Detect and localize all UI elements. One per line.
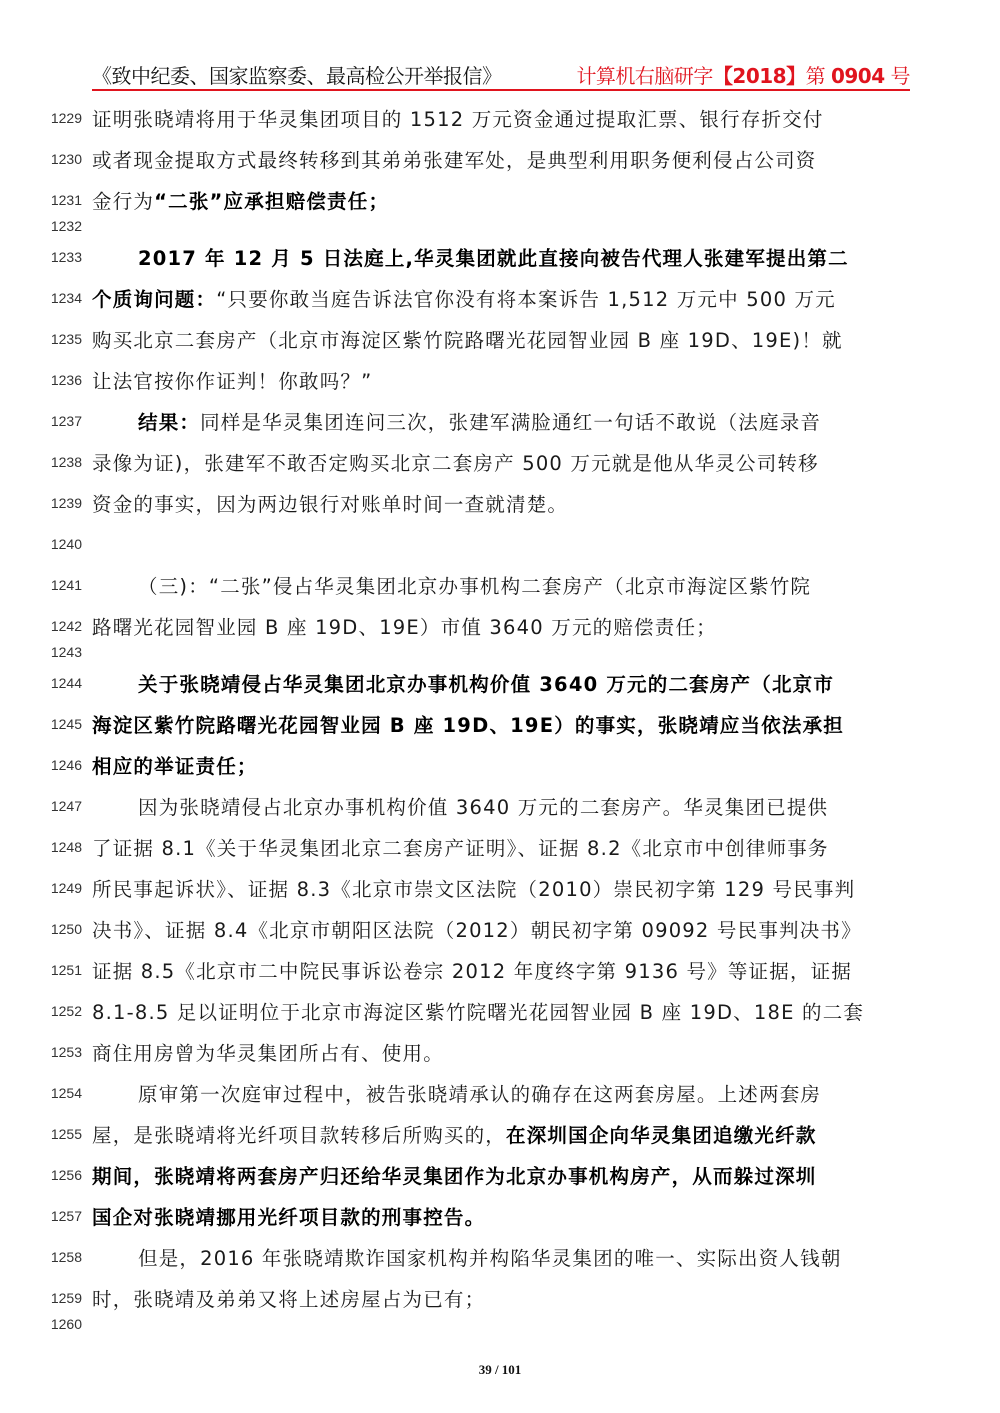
line-text: 商住用房曾为华灵集团所占有、使用。	[92, 1038, 912, 1066]
line-number: 1234	[30, 290, 82, 306]
line-number: 1242	[30, 618, 82, 634]
document-reference: 计算机右脑研字【2018】第 0904 号	[576, 60, 910, 89]
document-line: 1247因为张晓靖侵占北京办事机构价值 3640 万元的二套房产。华灵集团已提供	[0, 792, 1000, 822]
text: 商住用房曾为华灵集团所占有、使用。	[92, 1042, 444, 1065]
line-number: 1231	[30, 192, 82, 208]
line-text: 让法官按你作证判！你敢吗？”	[92, 366, 912, 394]
header-divider	[92, 89, 910, 91]
text: 原审第一次庭审过程中，被告张晓靖承认的确存在这两套房屋。上述两套房	[138, 1083, 821, 1106]
line-number: 1232	[30, 218, 82, 234]
bold-text: 关于张晓靖侵占华灵集团北京办事机构价值 3640 万元的二套房产（北京市	[138, 673, 834, 696]
document-line: 1230或者现金提取方式最终转移到其弟弟张建军处，是典型利用职务便利侵占公司资	[0, 145, 1000, 175]
document-line: 1235购买北京二套房产（北京市海淀区紫竹院路曙光花园智业园 B 座 19D、1…	[0, 325, 1000, 355]
line-number: 1241	[30, 577, 82, 593]
line-number: 1240	[30, 536, 82, 552]
bold-text: 结果：	[138, 411, 200, 434]
line-number: 1255	[30, 1126, 82, 1142]
line-number: 1257	[30, 1208, 82, 1224]
line-text: 国企对张晓靖挪用光纤项目款的刑事控告。	[92, 1202, 912, 1230]
line-text: 屋，是张晓靖将光纤项目款转移后所购买的，在深圳国企向华灵集团追缴光纤款	[92, 1120, 912, 1148]
line-number: 1253	[30, 1044, 82, 1060]
line-number: 1236	[30, 372, 82, 388]
bold-text: 2017 年 12 月 5 日法庭上,华灵集团就此直接向被告代理人张建军提出第二	[138, 247, 849, 270]
line-number: 1258	[30, 1249, 82, 1265]
text: 了证据 8.1《关于华灵集团北京二套房产证明》、证据 8.2《北京市中创律师事务	[92, 837, 829, 860]
text: “只要你敢当庭告诉法官你没有将本案诉告 1,512 万元中 500 万元	[216, 288, 836, 311]
line-text: 结果：同样是华灵集团连问三次，张建军满脸通红一句话不敢说（法庭录音	[138, 407, 912, 435]
document-line: 1243	[0, 638, 1000, 668]
document-line: 1245海淀区紫竹院路曙光花园智业园 B 座 19D、19E）的事实，张晓靖应当…	[0, 710, 1000, 740]
line-text: 或者现金提取方式最终转移到其弟弟张建军处，是典型利用职务便利侵占公司资	[92, 145, 912, 173]
line-text: 时，张晓靖及弟弟又将上述房屋占为已有；	[92, 1284, 912, 1312]
line-text: 金行为“二张”应承担赔偿责任；	[92, 186, 912, 214]
line-text: 证明张晓靖将用于华灵集团项目的 1512 万元资金通过提取汇票、银行存折交付	[92, 104, 912, 132]
document-title: 《致中纪委、国家监察委、最高检公开举报信》	[92, 60, 502, 89]
document-line: 1256期间，张晓靖将两套房产归还给华灵集团作为北京办事机构房产，从而躲过深圳	[0, 1161, 1000, 1191]
line-text: 录像为证)，张建军不敢否定购买北京二套房产 500 万元就是他从华灵公司转移	[92, 448, 912, 476]
line-text: 路曙光花园智业园 B 座 19D、19E）市值 3640 万元的赔偿责任；	[92, 612, 912, 640]
line-text: 购买北京二套房产（北京市海淀区紫竹院路曙光花园智业园 B 座 19D、19E)！…	[92, 325, 912, 353]
line-number: 1237	[30, 413, 82, 429]
bold-text: 海淀区紫竹院路曙光花园智业园 B 座 19D、19E）的事实，张晓靖应当依法承担	[92, 714, 844, 737]
line-text: 期间，张晓靖将两套房产归还给华灵集团作为北京办事机构房产，从而躲过深圳	[92, 1161, 912, 1189]
text: 同样是华灵集团连问三次，张建军满脸通红一句话不敢说（法庭录音	[200, 411, 821, 434]
page-number: 39 / 101	[0, 1362, 1000, 1378]
text: 金行为	[92, 190, 154, 213]
line-number: 1238	[30, 454, 82, 470]
line-text: 个质询问题：“只要你敢当庭告诉法官你没有将本案诉告 1,512 万元中 500 …	[92, 284, 912, 312]
line-number: 1246	[30, 757, 82, 773]
line-text: 因为张晓靖侵占北京办事机构价值 3640 万元的二套房产。华灵集团已提供	[138, 792, 912, 820]
bold-text: 个质询问题：	[92, 288, 216, 311]
line-text: 原审第一次庭审过程中，被告张晓靖承认的确存在这两套房屋。上述两套房	[138, 1079, 912, 1107]
document-line: 1254原审第一次庭审过程中，被告张晓靖承认的确存在这两套房屋。上述两套房	[0, 1079, 1000, 1109]
text: 8.1-8.5 足以证明位于北京市海淀区紫竹院曙光花园智业园 B 座 19D、1…	[92, 1001, 864, 1024]
line-number: 1249	[30, 880, 82, 896]
line-number: 1230	[30, 151, 82, 167]
text: 所民事起诉状》、证据 8.3《北京市崇文区法院（2010）崇民初字第 129 号…	[92, 878, 855, 901]
text: 但是，2016 年张晓靖欺诈国家机构并构陷华灵集团的唯一、实际出资人钱朝	[138, 1247, 842, 1270]
text: 资金的事实，因为两边银行对账单时间一查就清楚。	[92, 493, 568, 516]
line-number: 1235	[30, 331, 82, 347]
line-number: 1251	[30, 962, 82, 978]
line-text: 关于张晓靖侵占华灵集团北京办事机构价值 3640 万元的二套房产（北京市	[138, 669, 912, 697]
document-line: 1251证据 8.5《北京市二中院民事诉讼卷宗 2012 年度终字第 9136 …	[0, 956, 1000, 986]
document-line: 1229证明张晓靖将用于华灵集团项目的 1512 万元资金通过提取汇票、银行存折…	[0, 104, 1000, 134]
document-line: 12332017 年 12 月 5 日法庭上,华灵集团就此直接向被告代理人张建军…	[0, 243, 1000, 273]
text: 或者现金提取方式最终转移到其弟弟张建军处，是典型利用职务便利侵占公司资	[92, 149, 817, 172]
document-line: 1250决书》、证据 8.4《北京市朝阳区法院（2012）朝民初字第 09092…	[0, 915, 1000, 945]
document-line: 1234个质询问题：“只要你敢当庭告诉法官你没有将本案诉告 1,512 万元中 …	[0, 284, 1000, 314]
document-line: 1237结果：同样是华灵集团连问三次，张建军满脸通红一句话不敢说（法庭录音	[0, 407, 1000, 437]
text: 决书》、证据 8.4《北京市朝阳区法院（2012）朝民初字第 09092 号民事…	[92, 919, 862, 942]
line-number: 1245	[30, 716, 82, 732]
line-number: 1229	[30, 110, 82, 126]
document-line: 1248了证据 8.1《关于华灵集团北京二套房产证明》、证据 8.2《北京市中创…	[0, 833, 1000, 863]
line-text: 但是，2016 年张晓靖欺诈国家机构并构陷华灵集团的唯一、实际出资人钱朝	[138, 1243, 912, 1271]
document-line: 1257国企对张晓靖挪用光纤项目款的刑事控告。	[0, 1202, 1000, 1232]
line-text: 了证据 8.1《关于华灵集团北京二套房产证明》、证据 8.2《北京市中创律师事务	[92, 833, 912, 861]
document-line: 1249所民事起诉状》、证据 8.3《北京市崇文区法院（2010）崇民初字第 1…	[0, 874, 1000, 904]
line-number: 1252	[30, 1003, 82, 1019]
text: 录像为证)，张建军不敢否定购买北京二套房产 500 万元就是他从华灵公司转移	[92, 452, 819, 475]
line-number: 1260	[30, 1316, 82, 1332]
line-text: 相应的举证责任；	[92, 751, 912, 779]
document-line: 1255屋，是张晓靖将光纤项目款转移后所购买的，在深圳国企向华灵集团追缴光纤款	[0, 1120, 1000, 1150]
line-number: 1250	[30, 921, 82, 937]
document-line: 1246相应的举证责任；	[0, 751, 1000, 781]
document-line: 12528.1-8.5 足以证明位于北京市海淀区紫竹院曙光花园智业园 B 座 1…	[0, 997, 1000, 1027]
line-text: 海淀区紫竹院路曙光花园智业园 B 座 19D、19E）的事实，张晓靖应当依法承担	[92, 710, 912, 738]
document-line: 1239资金的事实，因为两边银行对账单时间一查就清楚。	[0, 489, 1000, 519]
text: 因为张晓靖侵占北京办事机构价值 3640 万元的二套房产。华灵集团已提供	[138, 796, 828, 819]
document-line: 1253商住用房曾为华灵集团所占有、使用。	[0, 1038, 1000, 1068]
line-number: 1247	[30, 798, 82, 814]
line-text: （三)：“二张”侵占华灵集团北京办事机构二套房产（北京市海淀区紫竹院	[138, 571, 912, 599]
line-number: 1243	[30, 644, 82, 660]
document-line: 1258但是，2016 年张晓靖欺诈国家机构并构陷华灵集团的唯一、实际出资人钱朝	[0, 1243, 1000, 1273]
bold-text: 相应的举证责任；	[92, 755, 258, 778]
line-number: 1233	[30, 249, 82, 265]
text: 购买北京二套房产（北京市海淀区紫竹院路曙光花园智业园 B 座 19D、19E)！…	[92, 329, 843, 352]
document-line: 1238录像为证)，张建军不敢否定购买北京二套房产 500 万元就是他从华灵公司…	[0, 448, 1000, 478]
line-number: 1239	[30, 495, 82, 511]
text: 证据 8.5《北京市二中院民事诉讼卷宗 2012 年度终字第 9136 号》等证…	[92, 960, 852, 983]
page-header: 《致中纪委、国家监察委、最高检公开举报信》 计算机右脑研字【2018】第 090…	[92, 58, 910, 90]
document-line: 1260	[0, 1310, 1000, 1340]
line-number: 1256	[30, 1167, 82, 1183]
line-text: 所民事起诉状》、证据 8.3《北京市崇文区法院（2010）崇民初字第 129 号…	[92, 874, 912, 902]
line-text: 证据 8.5《北京市二中院民事诉讼卷宗 2012 年度终字第 9136 号》等证…	[92, 956, 912, 984]
text: 时，张晓靖及弟弟又将上述房屋占为已有；	[92, 1288, 485, 1311]
text: 证明张晓靖将用于华灵集团项目的 1512 万元资金通过提取汇票、银行存折交付	[92, 108, 824, 131]
text: （三)：“二张”侵占华灵集团北京办事机构二套房产（北京市海淀区紫竹院	[138, 575, 811, 598]
bold-text: 国企对张晓靖挪用光纤项目款的刑事控告。	[92, 1206, 485, 1229]
line-text: 资金的事实，因为两边银行对账单时间一查就清楚。	[92, 489, 912, 517]
bold-text: “二张”应承担赔偿责任；	[154, 190, 389, 213]
line-number: 1244	[30, 675, 82, 691]
line-number: 1254	[30, 1085, 82, 1101]
line-text: 决书》、证据 8.4《北京市朝阳区法院（2012）朝民初字第 09092 号民事…	[92, 915, 912, 943]
bold-text: 在深圳国企向华灵集团追缴光纤款	[506, 1124, 817, 1147]
line-number: 1259	[30, 1290, 82, 1306]
bold-text: 期间，张晓靖将两套房产归还给华灵集团作为北京办事机构房产，从而躲过深圳	[92, 1165, 817, 1188]
document-line: 1236让法官按你作证判！你敢吗？”	[0, 366, 1000, 396]
document-line: 1241（三)：“二张”侵占华灵集团北京办事机构二套房产（北京市海淀区紫竹院	[0, 571, 1000, 601]
line-text: 8.1-8.5 足以证明位于北京市海淀区紫竹院曙光花园智业园 B 座 19D、1…	[92, 997, 912, 1025]
text: 屋，是张晓靖将光纤项目款转移后所购买的，	[92, 1124, 506, 1147]
document-line: 1240	[0, 530, 1000, 560]
document-line: 1232	[0, 212, 1000, 242]
line-text: 2017 年 12 月 5 日法庭上,华灵集团就此直接向被告代理人张建军提出第二	[138, 243, 912, 271]
document-line: 1244关于张晓靖侵占华灵集团北京办事机构价值 3640 万元的二套房产（北京市	[0, 669, 1000, 699]
text: 让法官按你作证判！你敢吗？”	[92, 370, 372, 393]
line-number: 1248	[30, 839, 82, 855]
text: 路曙光花园智业园 B 座 19D、19E）市值 3640 万元的赔偿责任；	[92, 616, 717, 639]
